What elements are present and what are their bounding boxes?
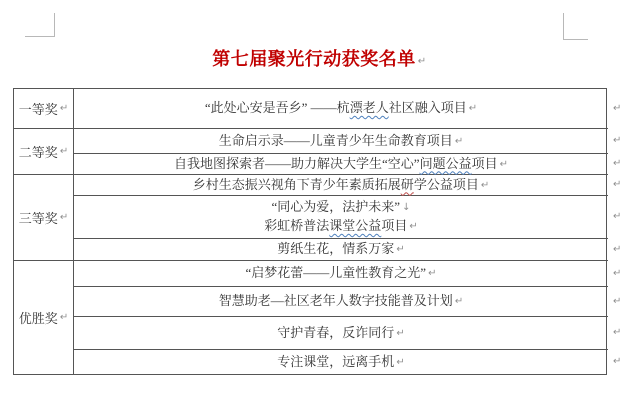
row-end-mark-icon: ↵ — [613, 268, 621, 279]
row-end-mark-icon: ↵ — [613, 211, 621, 222]
award-item: 生命启示录——儿童青少年生命教育项目↵ — [74, 129, 608, 154]
award-item: 智慧助老—社区老年人数字技能普及计划↵ — [74, 287, 608, 317]
cell-end-mark-icon: ↵ — [481, 180, 489, 191]
award-item: 守护青春，反诈同行↵ — [74, 317, 608, 350]
page-margin-corner-icon — [563, 13, 588, 40]
cell-end-mark-icon: ↵ — [500, 159, 508, 170]
award-item-text: 智慧助老—社区老年人数字技能普及计划↵ — [219, 292, 463, 311]
award-item: 专注课堂，远离手机↵ — [74, 350, 608, 374]
spellcheck-flagged-text: 漂老人 — [350, 100, 389, 115]
spellcheck-flagged-text: 研 — [401, 177, 414, 192]
award-item-text: 专注课堂，远离手机↵ — [277, 353, 404, 372]
row-end-mark-icon: ↵ — [613, 327, 621, 338]
award-item: “启梦花蕾——儿童性教育之光”↵ — [74, 261, 608, 287]
cell-end-mark-icon: ↵ — [469, 103, 477, 114]
cell-end-mark-icon: ↵ — [60, 103, 68, 114]
row-end-mark-icon: ↵ — [613, 179, 621, 190]
cell-end-mark-icon: ↵ — [60, 312, 68, 323]
award-item-text: 剪纸生花，情系万家↵ — [277, 240, 404, 259]
award-item-text: “启梦花蕾——儿童性教育之光”↵ — [246, 264, 437, 283]
award-item-text: 乡村生态振兴视角下青少年素质拓展研学公益项目↵ — [193, 176, 489, 195]
row-end-mark-icon: ↵ — [613, 158, 621, 169]
row-end-mark-icon: ↵ — [613, 356, 621, 367]
cell-end-mark-icon: ↵ — [60, 212, 68, 223]
page-title-text: 第七届聚光行动获奖名单 — [212, 49, 416, 69]
award-item: “同心为爱，法护未来”↓ 彩虹桥普法课堂公益项目↵ — [74, 196, 608, 239]
row-end-mark-icon: ↵ — [613, 296, 621, 307]
award-item: 自我地图探索者——助力解决大学生“空心”问题公益项目↵ — [74, 154, 608, 175]
cell-end-mark-icon: ↵ — [455, 296, 463, 307]
page-title: 第七届聚光行动获奖名单↵ — [0, 45, 639, 71]
award-item-text: “此处心安是吾乡” ——杭漂老人社区融入项目↵ — [205, 99, 477, 118]
page-margin-corner-icon — [25, 13, 55, 37]
award-item-text-line1: “同心为爱，法护未来”↓ — [272, 198, 411, 217]
spellcheck-flagged-text: 问题公益 — [420, 156, 472, 171]
award-item: 剪纸生花，情系万家↵ — [74, 239, 608, 261]
cell-end-mark-icon: ↵ — [396, 328, 404, 339]
section-label-first-prize: 一等奖↵ — [14, 89, 74, 129]
award-item: “此处心安是吾乡” ——杭漂老人社区融入项目↵ — [74, 89, 608, 129]
row-end-marks: ↵ ↵ ↵ ↵ ↵ ↵ ↵ ↵ ↵ ↵ — [611, 88, 639, 373]
paragraph-end-mark-icon: ↵ — [418, 56, 427, 67]
cell-end-mark-icon: ↵ — [396, 357, 404, 368]
cell-end-mark-icon: ↵ — [409, 221, 417, 232]
award-item-text-line2: 彩虹桥普法课堂公益项目↵ — [264, 217, 417, 236]
cell-end-mark-icon: ↵ — [60, 146, 68, 157]
cell-end-mark-icon: ↵ — [396, 244, 404, 255]
cell-end-mark-icon: ↵ — [455, 136, 463, 147]
section-label-third-prize: 三等奖↵ — [14, 175, 74, 261]
row-end-mark-icon: ↵ — [613, 244, 621, 255]
award-item-text: 守护青春，反诈同行↵ — [277, 324, 404, 343]
line-break-mark-icon: ↓ — [402, 202, 410, 213]
cell-end-mark-icon: ↵ — [428, 268, 436, 279]
spellcheck-flagged-text: 课堂公益 — [329, 218, 381, 233]
award-item: 乡村生态振兴视角下青少年素质拓展研学公益项目↵ — [74, 175, 608, 196]
section-label-winning-prize: 优胜奖↵ — [14, 261, 74, 374]
section-label-second-prize: 二等奖↵ — [14, 129, 74, 175]
awards-table: 一等奖↵ 二等奖↵ 三等奖↵ 优胜奖↵ “此处心安是吾乡” ——杭漂老人社区融入… — [13, 88, 607, 375]
award-item-text: 生命启示录——儿童青少年生命教育项目↵ — [219, 132, 463, 151]
award-item-text: 自我地图探索者——助力解决大学生“空心”问题公益项目↵ — [174, 155, 508, 174]
row-end-mark-icon: ↵ — [613, 135, 621, 146]
row-end-mark-icon: ↵ — [613, 103, 621, 114]
